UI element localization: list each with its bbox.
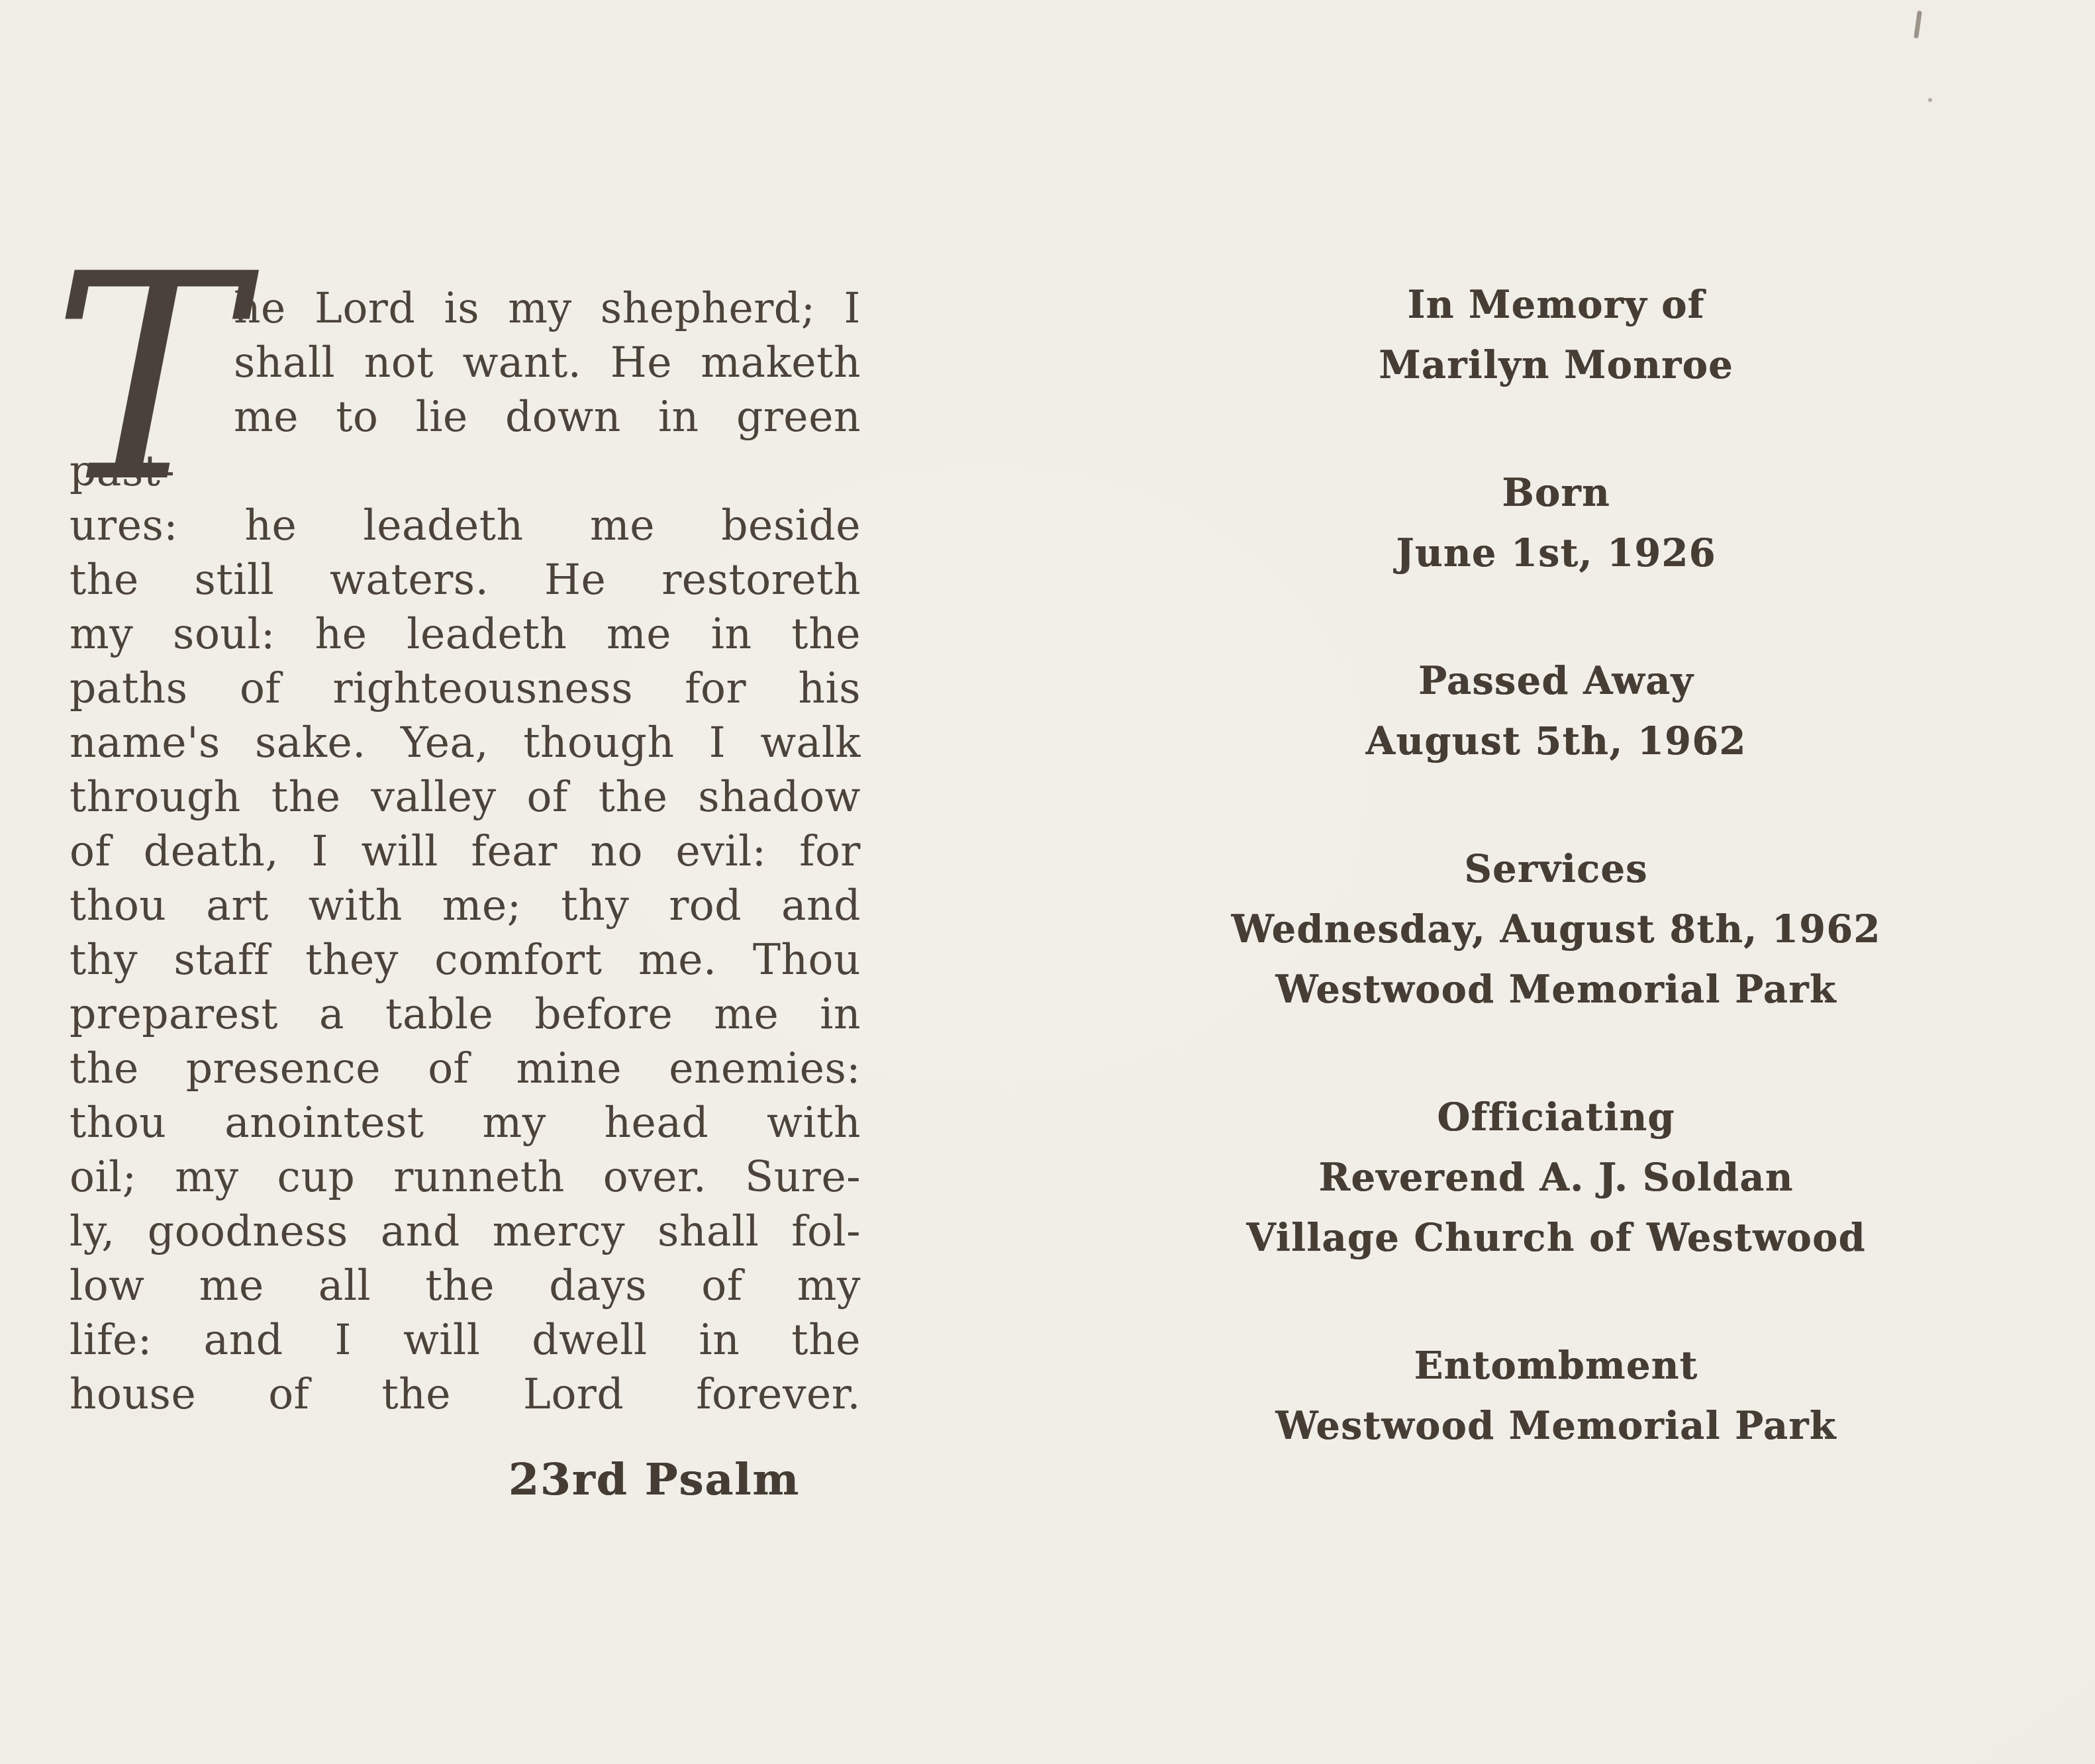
memorial-section-line: Wednesday, August 8th, 1962 — [1205, 899, 1907, 959]
memorial-section-heading: In Memory of — [1205, 275, 1907, 335]
memorial-card-scan: { "card": { "colors": { "paper": "#f0ede… — [0, 0, 2095, 1764]
memorial-details-block: In Memory of Marilyn Monroe Born June 1s… — [1205, 275, 1907, 1524]
memorial-section: Services Wednesday, August 8th, 1962 Wes… — [1205, 839, 1907, 1020]
memorial-section-line: Westwood Memorial Park — [1205, 959, 1907, 1020]
memorial-section-lines: Wednesday, August 8th, 1962 Westwood Mem… — [1205, 899, 1907, 1020]
psalm-line: thou art with me; thy rod and — [70, 879, 861, 933]
psalm-drop-cap-letter: T — [52, 237, 242, 522]
psalm-line: through the valley of the shadow — [70, 770, 861, 824]
psalm-line: oil; my cup runneth over. Sure- — [70, 1150, 861, 1204]
psalm-line: preparest a table before me in — [70, 987, 861, 1042]
psalm-line: life: and I will dwell in the — [70, 1313, 861, 1367]
psalm-line: of death, I will fear no evil: for — [70, 824, 861, 879]
psalm-line: thou anointest my head with — [70, 1096, 861, 1150]
memorial-section-heading: Passed Away — [1205, 651, 1907, 711]
psalm-line: house of the Lord forever. — [70, 1367, 861, 1422]
memorial-section-line: Westwood Memorial Park — [1205, 1396, 1907, 1456]
psalm-line: thy staff they comfort me. Thou — [70, 933, 861, 987]
memorial-section-lines: June 1st, 1926 — [1205, 523, 1907, 583]
memorial-section-line: June 1st, 1926 — [1205, 523, 1907, 583]
psalm-line: name's sake. Yea, though I walk — [70, 716, 861, 770]
memorial-section: Born June 1st, 1926 — [1205, 463, 1907, 583]
memorial-section-lines: Marilyn Monroe — [1205, 335, 1907, 395]
memorial-section: In Memory of Marilyn Monroe — [1205, 275, 1907, 395]
memorial-section-lines: August 5th, 1962 — [1205, 711, 1907, 771]
paper-dot — [1928, 98, 1932, 102]
memorial-section-lines: Reverend A. J. Soldan Village Church of … — [1205, 1148, 1907, 1268]
memorial-section-line: Marilyn Monroe — [1205, 335, 1907, 395]
memorial-section-line: Village Church of Westwood — [1205, 1208, 1907, 1268]
memorial-section: Passed Away August 5th, 1962 — [1205, 651, 1907, 771]
psalm-line: ly, goodness and mercy shall fol- — [70, 1204, 861, 1259]
memorial-section-line: August 5th, 1962 — [1205, 711, 1907, 771]
psalm-line: the presence of mine enemies: — [70, 1042, 861, 1096]
memorial-section-heading: Born — [1205, 463, 1907, 523]
psalm-line: my soul: he leadeth me in the — [70, 607, 861, 661]
memorial-section: Entombment Westwood Memorial Park — [1205, 1336, 1907, 1456]
memorial-section-line: Reverend A. J. Soldan — [1205, 1148, 1907, 1208]
memorial-section-heading: Entombment — [1205, 1336, 1907, 1396]
psalm-line: low me all the days of my — [70, 1259, 861, 1313]
memorial-section-heading: Officiating — [1205, 1087, 1907, 1148]
memorial-section-lines: Westwood Memorial Park — [1205, 1396, 1907, 1456]
psalm-line: the still waters. He restoreth — [70, 553, 861, 607]
psalm-line: paths of righteousness for his — [70, 661, 861, 716]
psalm-attribution: 23rd Psalm — [70, 1453, 861, 1505]
memorial-section-heading: Services — [1205, 839, 1907, 899]
memorial-section: Officiating Reverend A. J. Soldan Villag… — [1205, 1087, 1907, 1268]
